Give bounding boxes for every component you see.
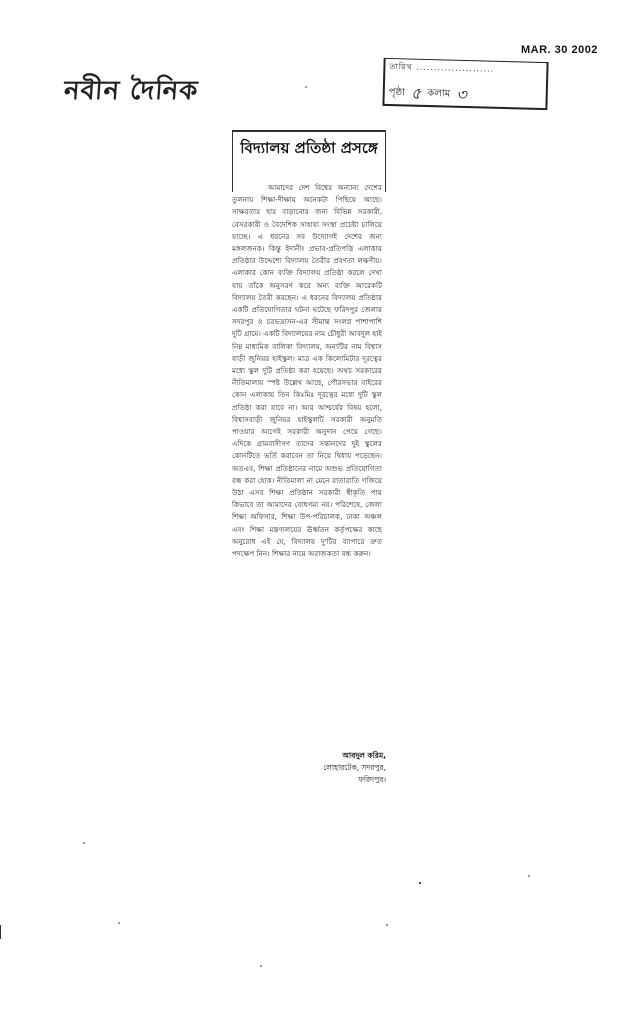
article-headline: বিদ্যালয় প্রতিষ্ঠা প্রসঙ্গে [238, 138, 380, 158]
clipping-reference-stamp: তারিখ ...................... পৃষ্ঠা ৫ কল… [382, 58, 548, 110]
scan-speck [260, 965, 262, 967]
stamp-column-value: ৩ [456, 82, 467, 109]
stamp-page-label: পৃষ্ঠা [389, 85, 406, 102]
author-address-line1: লোহারটেক, সদরপুর, [288, 762, 386, 774]
date-stamp: MAR. 30 2002 [521, 44, 598, 56]
scan-speck [83, 842, 85, 844]
stamp-page-value: ৫ [411, 81, 422, 108]
stamp-column-label: কলাম [427, 86, 450, 104]
article-signature: আবদুল করিম, লোহারটেক, সদরপুর, ফরিদপুর। [288, 750, 386, 786]
scan-speck [386, 924, 388, 926]
author-name: আবদুল করিম, [288, 750, 386, 762]
stamp-date-label: তারিখ ...................... [389, 61, 542, 78]
scan-speck [118, 922, 120, 924]
newspaper-clipping: বিদ্যালয় প্রতিষ্ঠা প্রসঙ্গে আমাদের দেশ … [228, 128, 388, 790]
newspaper-masthead: নবীন দৈনিক [62, 70, 199, 114]
author-address-line2: ফরিদপুর। [288, 774, 386, 786]
scan-speck [528, 875, 530, 877]
scan-speck [305, 86, 307, 88]
stamp-page-column-row: পৃষ্ঠা ৫ কলাম ৩ [388, 80, 542, 111]
scan-edge-mark [0, 925, 1, 939]
article-body: আমাদের দেশ বিশ্বের অন্যান্য দেশের তুলনায… [232, 182, 382, 560]
scan-speck [419, 882, 421, 884]
